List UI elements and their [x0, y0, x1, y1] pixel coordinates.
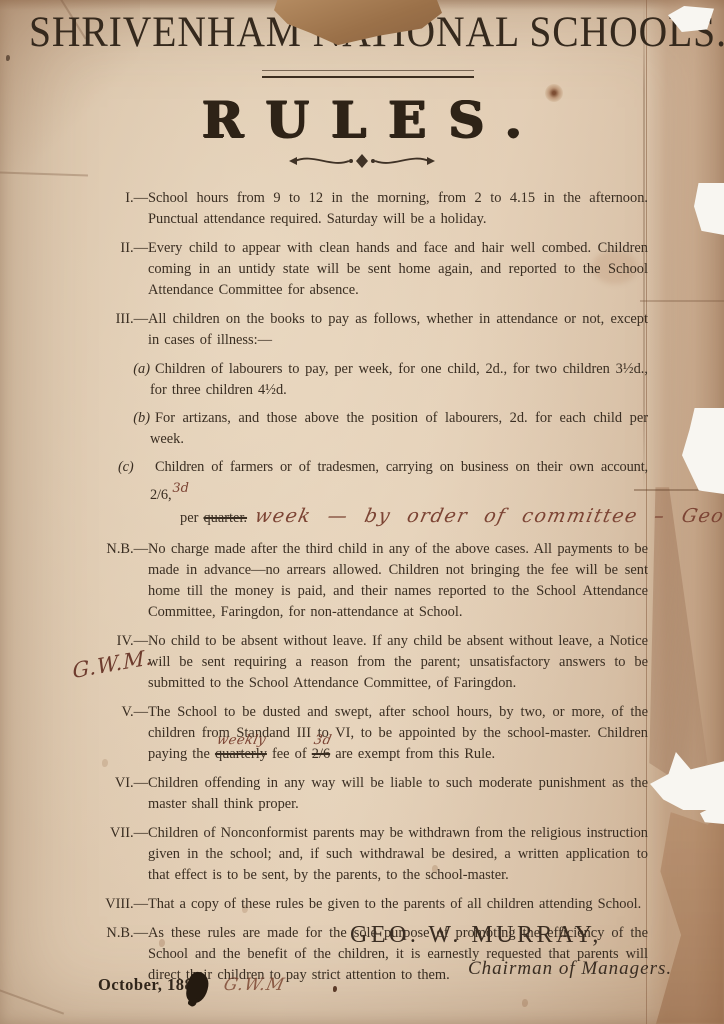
rule-v: V.—The School to be dusted and swept, af… [100, 702, 648, 765]
rule-text: Children of farmers or of tradesmen, car… [155, 459, 648, 475]
rule-text: Children of Nonconformist parents may be… [148, 825, 648, 883]
rule-text: All children on the books to pay as foll… [148, 311, 648, 348]
rule-text: per [180, 510, 203, 526]
note-text: No charge made after the third child in … [148, 541, 648, 620]
rule-text-line: per quarter.week — by order of committee… [180, 506, 648, 532]
rule-viii: VIII.—That a copy of these rules be give… [100, 894, 648, 915]
sub-rule-letter: (c) [118, 457, 155, 478]
rule-vii: VII.—Children of Nonconformist parents m… [100, 823, 648, 886]
rule-number: II.— [100, 238, 148, 259]
rule-text: fee of [267, 746, 312, 762]
handwritten-annotation: week — by order of committee – Geo. W. M… [253, 506, 724, 527]
rule-number: VIII.— [100, 894, 148, 915]
handwritten-correction: weekly [215, 730, 268, 751]
rule-text: Children of labourers to pay, per week, … [150, 361, 648, 398]
title-divider [262, 70, 474, 78]
rule-number: V.— [100, 702, 148, 723]
printed-fee: 2/6, [150, 487, 171, 503]
rule-iii: III.—All children on the books to pay as… [100, 309, 648, 351]
dateline: October, 188G.W.M [98, 972, 285, 1003]
signature-role: Chairman of Managers. [468, 958, 672, 980]
note-nb-1: N.B.—No charge made after the third chil… [100, 539, 648, 623]
sub-rule-letter: (b) [118, 408, 155, 429]
rule-iii-c: (c)Children of farmers or of tradesmen, … [118, 457, 648, 532]
rule-text: School hours from 9 to 12 in the morning… [148, 190, 648, 227]
rule-i: I.—School hours from 9 to 12 in the morn… [100, 188, 648, 230]
rules-heading: RULES. [0, 90, 724, 149]
rule-number: VII.— [100, 823, 148, 844]
rule-text: are exempt from this Rule. [330, 746, 495, 762]
rule-text-line: (c)Children of farmers or of tradesmen, … [150, 457, 648, 506]
note-label: N.B.— [100, 923, 148, 944]
crease-line [0, 987, 64, 1014]
note-label: N.B.— [100, 539, 148, 560]
sub-rule-letter: (a) [118, 359, 155, 380]
rule-vi: VI.—Children offending in any way will b… [100, 773, 648, 815]
crease-line [640, 300, 724, 302]
rule-number: I.— [100, 188, 148, 209]
rule-text: Children offending in any way will be li… [148, 775, 648, 812]
rule-ii: II.—Every child to appear with clean han… [100, 238, 648, 301]
rule-text: No child to be absent without leave. If … [148, 633, 648, 691]
handwritten-date-initials: G.W.M [222, 975, 287, 995]
rule-iii-a: (a)Children of labourers to pay, per wee… [118, 359, 648, 401]
handwritten-fee: 3d [172, 481, 189, 496]
signature-name: GEO. W. MURRAY, [350, 922, 602, 949]
rule-text: Every child to appear with clean hands a… [148, 240, 648, 298]
rule-iii-b: (b)For artizans, and those above the pos… [118, 408, 648, 450]
rules-list: I.—School hours from 9 to 12 in the morn… [100, 188, 648, 994]
decorative-flourish-icon [0, 152, 724, 175]
rule-number: VI.— [100, 773, 148, 794]
rule-text: For artizans, and those above the positi… [150, 410, 648, 447]
rule-number: III.— [100, 309, 148, 330]
rule-iv: IV.—No child to be absent without leave.… [100, 631, 648, 694]
rule-text: That a copy of these rules be given to t… [148, 896, 641, 912]
document-page: SHRIVENHAM NATIONAL SCHOOLS. RULES. I.—S… [0, 0, 724, 1024]
date-printed: October, 188 [98, 975, 193, 994]
struck-word: quarter. [203, 510, 247, 526]
